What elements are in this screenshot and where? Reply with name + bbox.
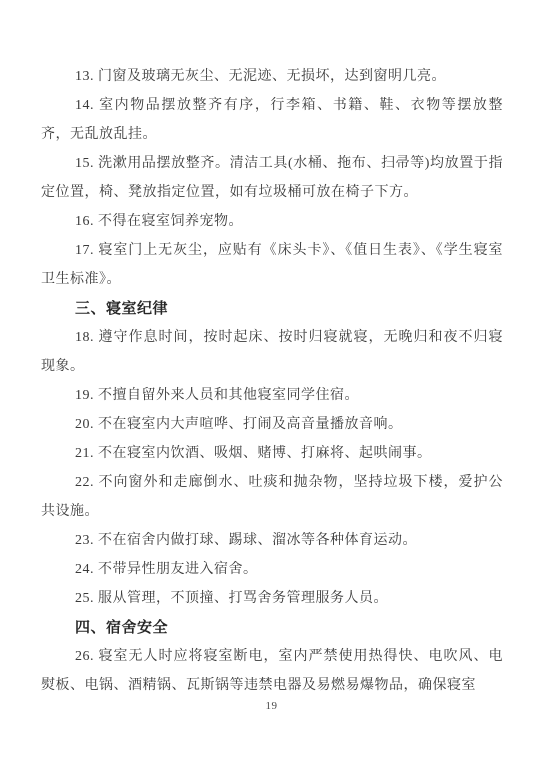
- rule-item-26: 26. 寝室无人时应将寝室断电，室内严禁使用热得快、电吹风、电熨板、电锅、酒精锅…: [41, 642, 503, 700]
- document-page: 13. 门窗及玻璃无灰尘、无泥迹、无损坏，达到窗明几亮。 14. 室内物品摆放整…: [0, 0, 543, 768]
- rule-item-23: 23. 不在宿舍内做打球、踢球、溜冰等各种体育运动。: [41, 526, 503, 555]
- section-heading-dorm-discipline: 三、寝室纪律: [41, 294, 503, 323]
- rule-item-14: 14. 室内物品摆放整齐有序，行李箱、书籍、鞋、衣物等摆放整齐，无乱放乱挂。: [41, 91, 503, 149]
- page-number: 19: [0, 698, 543, 714]
- rule-item-20: 20. 不在寝室内大声喧哗、打闹及高音量播放音响。: [41, 410, 503, 439]
- rule-item-24: 24. 不带异性朋友进入宿舍。: [41, 555, 503, 584]
- rule-item-17: 17. 寝室门上无灰尘，应贴有《床头卡》、《值日生表》、《学生寝室卫生标准》。: [41, 236, 503, 294]
- document-text-block: 13. 门窗及玻璃无灰尘、无泥迹、无损坏，达到窗明几亮。 14. 室内物品摆放整…: [41, 62, 503, 700]
- rule-item-22: 22. 不向窗外和走廊倒水、吐痰和抛杂物，坚持垃圾下楼，爱护公共设施。: [41, 468, 503, 526]
- rule-item-19: 19. 不擅自留外来人员和其他寝室同学住宿。: [41, 381, 503, 410]
- rule-item-25: 25. 服从管理，不顶撞、打骂舍务管理服务人员。: [41, 584, 503, 613]
- rule-item-16: 16. 不得在寝室饲养宠物。: [41, 207, 503, 236]
- rule-item-13: 13. 门窗及玻璃无灰尘、无泥迹、无损坏，达到窗明几亮。: [41, 62, 503, 91]
- rule-item-15: 15. 洗漱用品摆放整齐。清洁工具(水桶、拖布、扫帚等)均放置于指定位置，椅、凳…: [41, 149, 503, 207]
- section-heading-dorm-safety: 四、宿舍安全: [41, 613, 503, 642]
- rule-item-21: 21. 不在寝室内饮酒、吸烟、赌博、打麻将、起哄闹事。: [41, 439, 503, 468]
- rule-item-18: 18. 遵守作息时间，按时起床、按时归寝就寝，无晚归和夜不归寝现象。: [41, 323, 503, 381]
